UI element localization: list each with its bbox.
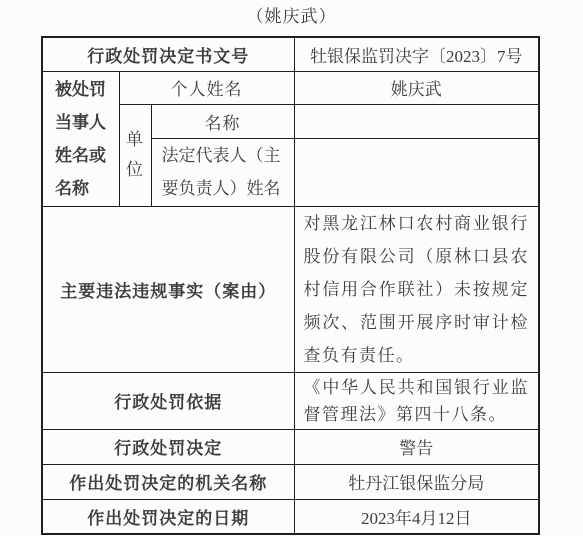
- document-page: （姚庆武） 行政处罚决定书文号 牡银保监罚决字〔2023〕7号 被处罚当事人姓名…: [0, 0, 583, 536]
- row-decision: 行政处罚决定 警告: [42, 429, 539, 464]
- row-doc-number: 行政处罚决定书文号 牡银保监罚决字〔2023〕7号: [42, 37, 539, 71]
- row-facts: 主要违法违规事实（案由） 对黑龙江林口农村商业银行股份有限公司（原林口县农村信用…: [42, 206, 539, 372]
- decision-label: 行政处罚决定: [42, 429, 294, 464]
- row-date: 作出处罚决定的日期 2023年4月12日: [42, 499, 539, 534]
- basis-label: 行政处罚依据: [42, 372, 294, 429]
- unit-label: 单位: [126, 125, 144, 185]
- personal-name-label: 个人姓名: [119, 71, 294, 104]
- doc-number-value: 牡银保监罚决字〔2023〕7号: [294, 37, 539, 71]
- date-value: 2023年4月12日: [294, 499, 539, 534]
- unit-name-label: 名称: [151, 104, 294, 138]
- row-basis: 行政处罚依据 《中华人民共和国银行业监督管理法》第四十八条。: [42, 372, 539, 429]
- row-personal-name: 被处罚当事人姓名或名称 个人姓名 姚庆武: [42, 71, 539, 104]
- facts-label: 主要违法违规事实（案由）: [42, 206, 294, 372]
- authority-value: 牡丹江银保监分局: [294, 464, 539, 499]
- party-label: 被处罚当事人姓名或名称: [42, 71, 119, 206]
- basis-value: 《中华人民共和国银行业监督管理法》第四十八条。: [294, 372, 539, 429]
- legal-rep-value: [294, 138, 539, 206]
- penalty-decision-table: 行政处罚决定书文号 牡银保监罚决字〔2023〕7号 被处罚当事人姓名或名称 个人…: [41, 36, 540, 535]
- decision-value: 警告: [294, 429, 539, 464]
- legal-rep-label: 法定代表人（主要负责人）姓名: [151, 138, 294, 206]
- row-authority: 作出处罚决定的机关名称 牡丹江银保监分局: [42, 464, 539, 499]
- unit-name-value: [294, 104, 539, 138]
- page-title: （姚庆武）: [0, 5, 583, 29]
- authority-label: 作出处罚决定的机关名称: [42, 464, 294, 499]
- date-label: 作出处罚决定的日期: [42, 499, 294, 534]
- facts-value: 对黑龙江林口农村商业银行股份有限公司（原林口县农村信用合作联社）未按规定频次、范…: [294, 206, 539, 372]
- personal-name-value: 姚庆武: [294, 71, 539, 104]
- unit-label-cell: 单位: [119, 104, 151, 206]
- doc-number-label: 行政处罚决定书文号: [42, 37, 294, 71]
